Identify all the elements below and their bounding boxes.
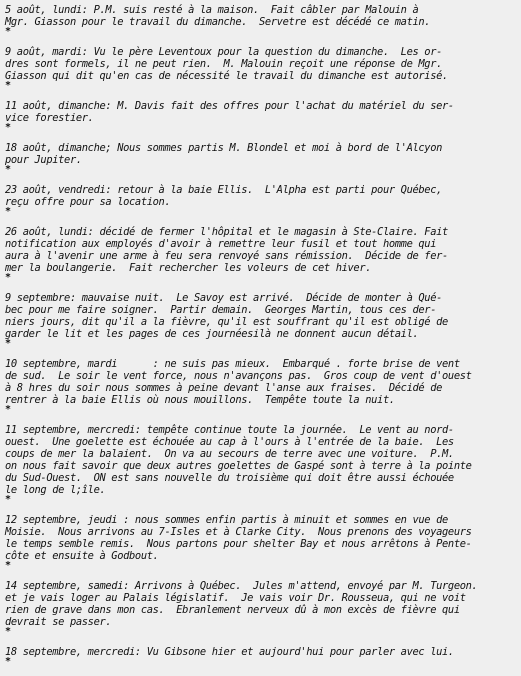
entry-line: et je vais loger au Palais législatif. J… bbox=[5, 592, 517, 604]
diary-entry: 12 septembre, jeudi : nous sommes enfin … bbox=[5, 514, 517, 580]
diary-entry: 18 août, dimanche; Nous sommes partis M.… bbox=[5, 142, 517, 184]
entry-line: 10 septembre, mardi : ne suis pas mieux.… bbox=[5, 358, 517, 370]
entry-line: vice forestier. bbox=[5, 112, 517, 124]
entry-separator: * bbox=[5, 628, 517, 640]
entry-line: niers jours, dit qu'il a la fièvre, qu'i… bbox=[5, 316, 517, 328]
entry-line: le long de l;île. bbox=[5, 484, 517, 496]
entry-line: du Sud-Ouest. ON est sans nouvelle du tr… bbox=[5, 472, 517, 484]
entry-line: coups de mer la balaient. On va au secou… bbox=[5, 448, 517, 460]
entry-line: Moisie. Nous arrivons au 7-Isles et à Cl… bbox=[5, 526, 517, 538]
typed-diary-page: 5 août, lundi: P.M. suis resté à la mais… bbox=[5, 4, 517, 640]
entry-line: 18 août, dimanche; Nous sommes partis M.… bbox=[5, 142, 517, 154]
entry-line: rentrer à la baie Ellis où nous mouillon… bbox=[5, 394, 517, 406]
diary-entry: 9 août, mardi: Vu le père Leventoux pour… bbox=[5, 46, 517, 100]
entry-line: rien de grave dans mon cas. Ebranlement … bbox=[5, 604, 517, 616]
entry-line: 11 septembre, mercredi: tempête continue… bbox=[5, 424, 517, 436]
entry-separator: * bbox=[5, 82, 517, 94]
entry-line: reçu offre pour sa location. bbox=[5, 196, 517, 208]
entry-separator: * bbox=[5, 208, 517, 220]
entry-line: de sud. Le soir le vent force, nous n'av… bbox=[5, 370, 517, 382]
entry-line: mer la boulangerie. Fait rechercher les … bbox=[5, 262, 517, 274]
entry-line: Giasson qui dit qu'en cas de nécessité l… bbox=[5, 70, 517, 82]
diary-entry: 23 août, vendredi: retour à la baie Elli… bbox=[5, 184, 517, 226]
diary-entry: 9 septembre: mauvaise nuit. Le Savoy est… bbox=[5, 292, 517, 358]
entry-line: côte et ensuite à Godbout. bbox=[5, 550, 517, 562]
entry-line: bec pour me faire soigner. Partir demain… bbox=[5, 304, 517, 316]
diary-entry: 11 août, dimanche: M. Davis fait des off… bbox=[5, 100, 517, 142]
entry-line: Mgr. Giasson pour le travail du dimanche… bbox=[5, 16, 517, 28]
entry-line: 9 septembre: mauvaise nuit. Le Savoy est… bbox=[5, 292, 517, 304]
entry-line: 5 août, lundi: P.M. suis resté à la mais… bbox=[5, 4, 517, 16]
entry-line: à 8 hres du soir nous sommes à peine dev… bbox=[5, 382, 517, 394]
entry-line: notification aux employés d'avoir à reme… bbox=[5, 238, 517, 250]
entry-separator: * bbox=[5, 496, 517, 508]
entry-line: 11 août, dimanche: M. Davis fait des off… bbox=[5, 100, 517, 112]
entry-line: 23 août, vendredi: retour à la baie Elli… bbox=[5, 184, 517, 196]
entry-line: on nous fait savoir que deux autres goel… bbox=[5, 460, 517, 472]
entry-line: 14 septembre, samedi: Arrivons à Québec.… bbox=[5, 580, 517, 592]
entry-line: 12 septembre, jeudi : nous sommes enfin … bbox=[5, 514, 517, 526]
entry-line: aura à l'avenir une arme à feu sera renv… bbox=[5, 250, 517, 262]
diary-entry: 26 août, lundi: décidé de fermer l'hôpit… bbox=[5, 226, 517, 292]
entry-line: le temps semble remis. Nous partons pour… bbox=[5, 538, 517, 550]
entry-line: 26 août, lundi: décidé de fermer l'hôpit… bbox=[5, 226, 517, 238]
diary-entry: 10 septembre, mardi : ne suis pas mieux.… bbox=[5, 358, 517, 424]
entry-line: garder le lit et les pages de ces journé… bbox=[5, 328, 517, 340]
entry-separator: * bbox=[5, 562, 517, 574]
entry-separator: * bbox=[5, 406, 517, 418]
entry-line: devrait se passer. bbox=[5, 616, 517, 628]
entry-line: dres sont formels, il ne peut rien. M. M… bbox=[5, 58, 517, 70]
entry-separator: * bbox=[5, 124, 517, 136]
diary-entry: 11 septembre, mercredi: tempête continue… bbox=[5, 424, 517, 514]
diary-entry: 14 septembre, samedi: Arrivons à Québec.… bbox=[5, 580, 517, 640]
entry-separator: * bbox=[5, 28, 517, 40]
entry-separator: * bbox=[5, 166, 517, 178]
diary-entry: 5 août, lundi: P.M. suis resté à la mais… bbox=[5, 4, 517, 46]
entry-separator: * bbox=[5, 340, 517, 352]
entry-line: 9 août, mardi: Vu le père Leventoux pour… bbox=[5, 46, 517, 58]
entry-separator: * bbox=[5, 274, 517, 286]
entry-line: ouest. Une goelette est échouée au cap à… bbox=[5, 436, 517, 448]
entry-line: pour Jupiter. bbox=[5, 154, 517, 166]
